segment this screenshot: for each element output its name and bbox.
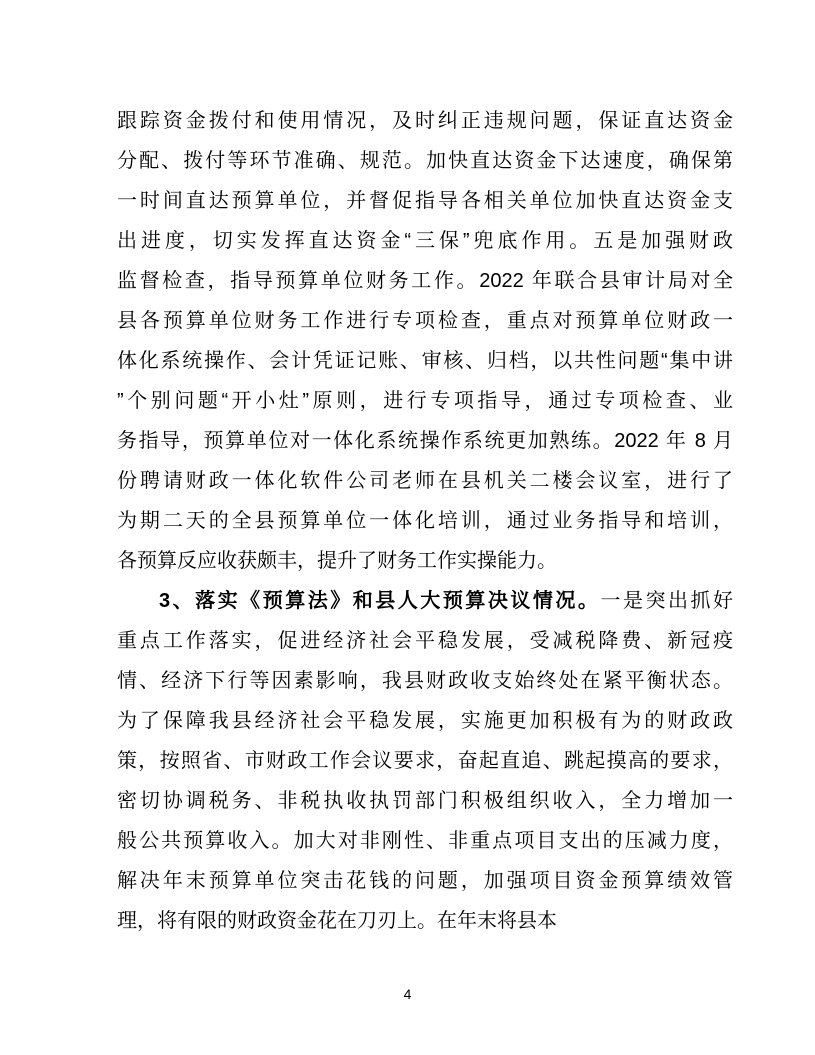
text-line: 3、落实《预算法》和县人大预算决议情况。一是突出抓好 (117, 581, 733, 621)
text-line: 跟踪资金拨付和使用情况，及时纠正违规问题，保证直达资金 (117, 101, 733, 141)
text-line: 体化系统操作、会计凭证记账、审核、归档，以共性问题“集中讲 (117, 341, 733, 381)
text-line: 县各预算单位财务工作进行专项检查，重点对预算单位财政一 (117, 301, 733, 341)
bold-text-segment: 3、落实《预算法》和县人大预算决议情况。 (159, 590, 600, 612)
text-segment: 密切协调税务、非税执收执罚部门积极组织收入，全力增加一 (117, 790, 733, 812)
text-line: 监督检查，指导预算单位财务工作。2022 年联合县审计局对全 (117, 261, 733, 301)
text-segment: 为了保障我县经济社会平稳发展，实施更加积极有为的财政政 (117, 710, 733, 732)
text-segment: 跟踪资金拨付和使用情况，及时纠正违规问题，保证直达资金 (117, 110, 733, 132)
text-segment: 解决年末预算单位突击花钱的问题，加强项目资金预算绩效管 (117, 870, 733, 892)
text-segment: 分配、拨付等环节准确、规范。加快直达资金下达速度，确保第 (117, 150, 733, 172)
text-segment: 为期二天的全县预算单位一体化培训，通过业务指导和培训， (117, 510, 733, 532)
text-line: 情、经济下行等因素影响，我县财政收支始终处在紧平衡状态。 (117, 661, 733, 701)
text-segment: 一时间直达预算单位，并督促指导各相关单位加快直达资金支 (117, 190, 733, 212)
text-line: 重点工作落实，促进经济社会平稳发展，受减税降费、新冠疫 (117, 621, 733, 661)
text-segment: 务指导，预算单位对一体化系统操作系统更加熟练。2022 年 8 月 (117, 430, 733, 452)
text-line: 解决年末预算单位突击花钱的问题，加强项目资金预算绩效管 (117, 861, 733, 901)
text-line: 出进度，切实发挥直达资金“三保”兜底作用。五是加强财政 (117, 221, 733, 261)
text-line: 为期二天的全县预算单位一体化培训，通过业务指导和培训， (117, 501, 733, 541)
text-segment: 理，将有限的财政资金花在刀刃上。在年末将县本 (117, 910, 557, 932)
text-segment: ”个别问题“开小灶”原则，进行专项指导，通过专项检查、业 (117, 390, 733, 412)
text-line: 各预算反应收获颇丰，提升了财务工作实操能力。 (117, 541, 733, 581)
page-number: 4 (0, 984, 815, 1004)
text-line: 理，将有限的财政资金花在刀刃上。在年末将县本 (117, 901, 733, 941)
text-segment: 各预算反应收获颇丰，提升了财务工作实操能力。 (117, 550, 557, 572)
text-segment: 体化系统操作、会计凭证记账、审核、归档，以共性问题“集中讲 (117, 350, 733, 372)
text-segment: 监督检查，指导预算单位财务工作。2022 年联合县审计局对全 (117, 270, 733, 292)
text-line: 分配、拨付等环节准确、规范。加快直达资金下达速度，确保第 (117, 141, 733, 181)
text-segment: 情、经济下行等因素影响，我县财政收支始终处在紧平衡状态。 (117, 670, 733, 692)
text-segment: 般公共预算收入。加大对非刚性、非重点项目支出的压减力度， (117, 830, 733, 852)
text-line: 份聘请财政一体化软件公司老师在县机关二楼会议室，进行了 (117, 461, 733, 501)
document-page: 跟踪资金拨付和使用情况，及时纠正违规问题，保证直达资金分配、拨付等环节准确、规范… (0, 0, 815, 1055)
text-line: ”个别问题“开小灶”原则，进行专项指导，通过专项检查、业 (117, 381, 733, 421)
text-line: 一时间直达预算单位，并督促指导各相关单位加快直达资金支 (117, 181, 733, 221)
text-line: 密切协调税务、非税执收执罚部门积极组织收入，全力增加一 (117, 781, 733, 821)
text-segment: 份聘请财政一体化软件公司老师在县机关二楼会议室，进行了 (117, 470, 733, 492)
text-line: 为了保障我县经济社会平稳发展，实施更加积极有为的财政政 (117, 701, 733, 741)
document-body: 跟踪资金拨付和使用情况，及时纠正违规问题，保证直达资金分配、拨付等环节准确、规范… (117, 101, 733, 941)
text-segment: 重点工作落实，促进经济社会平稳发展，受减税降费、新冠疫 (117, 630, 733, 652)
text-line: 般公共预算收入。加大对非刚性、非重点项目支出的压减力度， (117, 821, 733, 861)
text-line: 务指导，预算单位对一体化系统操作系统更加熟练。2022 年 8 月 (117, 421, 733, 461)
text-segment: 一是突出抓好 (600, 590, 733, 612)
text-segment: 县各预算单位财务工作进行专项检查，重点对预算单位财政一 (117, 310, 733, 332)
text-segment: 出进度，切实发挥直达资金“三保”兜底作用。五是加强财政 (117, 230, 733, 252)
text-segment: 策，按照省、市财政工作会议要求，奋起直追、跳起摸高的要求， (117, 750, 733, 772)
text-line: 策，按照省、市财政工作会议要求，奋起直追、跳起摸高的要求， (117, 741, 733, 781)
